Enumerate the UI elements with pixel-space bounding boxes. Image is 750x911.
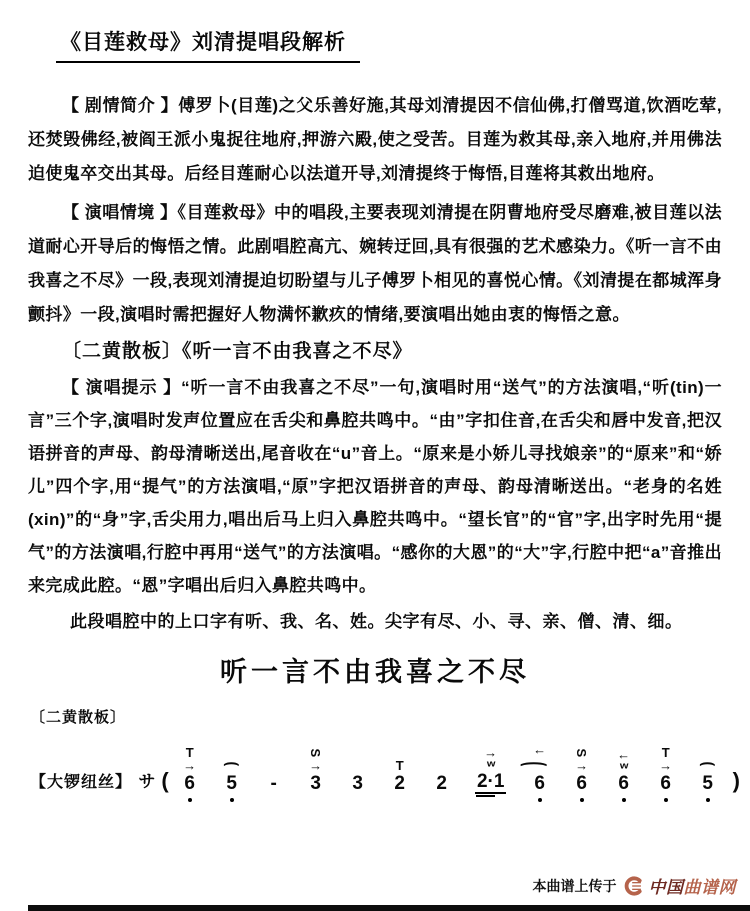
arrow-right-ornament-icon: → xyxy=(484,746,497,760)
page-bottom-scan-bar xyxy=(28,905,750,911)
arrow-right-ornament-icon: → xyxy=(575,759,588,773)
synopsis-label: 【 剧情简介 】 xyxy=(62,96,178,115)
low-octave-dot xyxy=(622,798,626,802)
tie-ornament-icon: ⌢ xyxy=(519,756,548,773)
tips-paragraph: 【 演唱提示 】“听一言不由我喜之不尽”一句,演唱时用“送气”的方法演唱,“听(… xyxy=(28,371,722,602)
jianpu-note: ←w6 xyxy=(603,733,645,802)
context-label: 【 演唱情境 】 xyxy=(62,203,177,222)
low-octave-dot xyxy=(664,798,668,802)
ornament-stack: S→ xyxy=(309,733,322,773)
jianpu-note: 2 xyxy=(421,733,463,802)
ornament-stack: ⌢ xyxy=(702,733,713,773)
page-title: 《目莲救母》刘清提唱段解析 xyxy=(56,26,360,63)
jianpu-note: S→3 xyxy=(295,733,337,802)
jianpu-note: S→6 xyxy=(561,733,603,802)
meter-label: 〔二黄散板〕 xyxy=(30,706,750,727)
arrow-left-ornament-icon: ← xyxy=(617,748,630,762)
ornament-stack: T→ xyxy=(183,733,196,773)
arrow-right-ornament-icon: → xyxy=(309,759,322,773)
low-octave-dot xyxy=(538,798,542,802)
pronunciation-note: 此段唱腔中的上口字有听、我、名、姓。尖字有尽、小、寻、亲、僧、清、细。 xyxy=(70,607,722,632)
low-octave-dot xyxy=(580,798,584,802)
arrow-right-ornament-icon: → xyxy=(183,759,196,773)
low-octave-dot xyxy=(706,798,710,802)
arc-ornament-icon: ⌢ xyxy=(699,756,716,773)
open-paren: ( xyxy=(161,768,168,794)
S-ornament-icon: S xyxy=(309,748,323,757)
ornament-stack: →w xyxy=(484,731,497,771)
note-digit: 2·1 xyxy=(475,771,506,794)
note-digit: 6 xyxy=(532,773,547,794)
note-digit: 3 xyxy=(308,773,323,794)
percussion-label: 【大锣纽丝】 xyxy=(30,769,130,792)
note-digit: 6 xyxy=(658,773,673,794)
T-ornament-icon: T xyxy=(186,746,194,760)
low-octave-dot xyxy=(230,798,234,802)
qupu-logo-icon xyxy=(623,876,643,896)
ornament-stack: T→ xyxy=(659,733,672,773)
T-ornament-icon: T xyxy=(662,746,670,760)
note-digit: 5 xyxy=(700,773,715,794)
jianpu-note: ⌢5 xyxy=(211,733,253,802)
ornament-stack: ⌢ xyxy=(226,733,237,773)
song-title: 听一言不由我喜之不尽 xyxy=(0,650,750,689)
note-digit: 3 xyxy=(350,773,365,794)
ornament-stack: ←⌢ xyxy=(533,733,546,773)
jianpu-note: - xyxy=(253,733,295,802)
tips-text: “听一言不由我喜之不尽”一句,演唱时用“送气”的方法演唱,“听(tin)一言”三… xyxy=(28,378,722,595)
credit-line: 本曲谱上传于 中国曲谱网 xyxy=(533,873,737,898)
jianpu-note: T2 xyxy=(379,733,421,802)
jianpu-note: →w2·1 xyxy=(463,731,519,802)
jianpu-note: ⌢5 xyxy=(687,733,729,802)
jianpu-note: 3 xyxy=(337,733,379,802)
score-row: 【大锣纽丝】 サ ( T→6⌢5-S→33T22→w2·1←⌢6S→6←w6T→… xyxy=(30,731,740,802)
note-digit: 2 xyxy=(392,773,407,794)
synopsis-paragraph: 【 剧情简介 】傅罗卜(目莲)之父乐善好施,其母刘清提因不信仙佛,打僧骂道,饮酒… xyxy=(28,89,722,191)
site-name-primary: 中国 xyxy=(649,878,684,897)
jianpu-note: T→6 xyxy=(645,733,687,802)
aria-heading: 〔二黄散板〕《听一言不由我喜之不尽》 xyxy=(62,336,750,363)
wavy-ornament-icon: w xyxy=(487,761,495,770)
ornament-stack: S→ xyxy=(575,733,588,773)
ornament-stack: ←w xyxy=(617,733,630,773)
wavy-ornament-icon: w xyxy=(620,763,628,772)
note-digit: 6 xyxy=(616,773,631,794)
T-ornament-icon: T xyxy=(396,759,404,773)
note-digit: - xyxy=(269,773,279,794)
tips-label: 【 演唱提示 】 xyxy=(62,378,181,397)
jianpu-note: T→6 xyxy=(169,733,211,802)
note-digit: 2 xyxy=(434,773,449,794)
note-digit: 6 xyxy=(182,773,197,794)
low-octave-dot xyxy=(188,798,192,802)
arrow-right-ornament-icon: → xyxy=(659,759,672,773)
notes-row: T→6⌢5-S→33T22→w2·1←⌢6S→6←w6T→6⌢5 xyxy=(169,731,729,802)
arc-ornament-icon: ⌢ xyxy=(223,756,240,773)
close-paren: ) xyxy=(733,768,740,794)
note-digit: 6 xyxy=(574,773,589,794)
jianpu-note: ←⌢6 xyxy=(519,733,561,802)
note-digit: 5 xyxy=(224,773,239,794)
context-paragraph: 【 演唱情境 】《目莲救母》中的唱段,主要表现刘清提在阴曹地府受尽磨难,被目莲以… xyxy=(28,196,722,332)
ornament-stack: T xyxy=(396,733,404,773)
free-meter-symbol: サ xyxy=(138,767,155,792)
arrow-left-ornament-icon: ← xyxy=(533,743,546,757)
site-name: 中国曲谱网 xyxy=(649,873,737,898)
site-name-secondary: 曲谱网 xyxy=(684,878,737,897)
S-ornament-icon: S xyxy=(575,748,589,757)
credit-prefix: 本曲谱上传于 xyxy=(533,876,617,896)
